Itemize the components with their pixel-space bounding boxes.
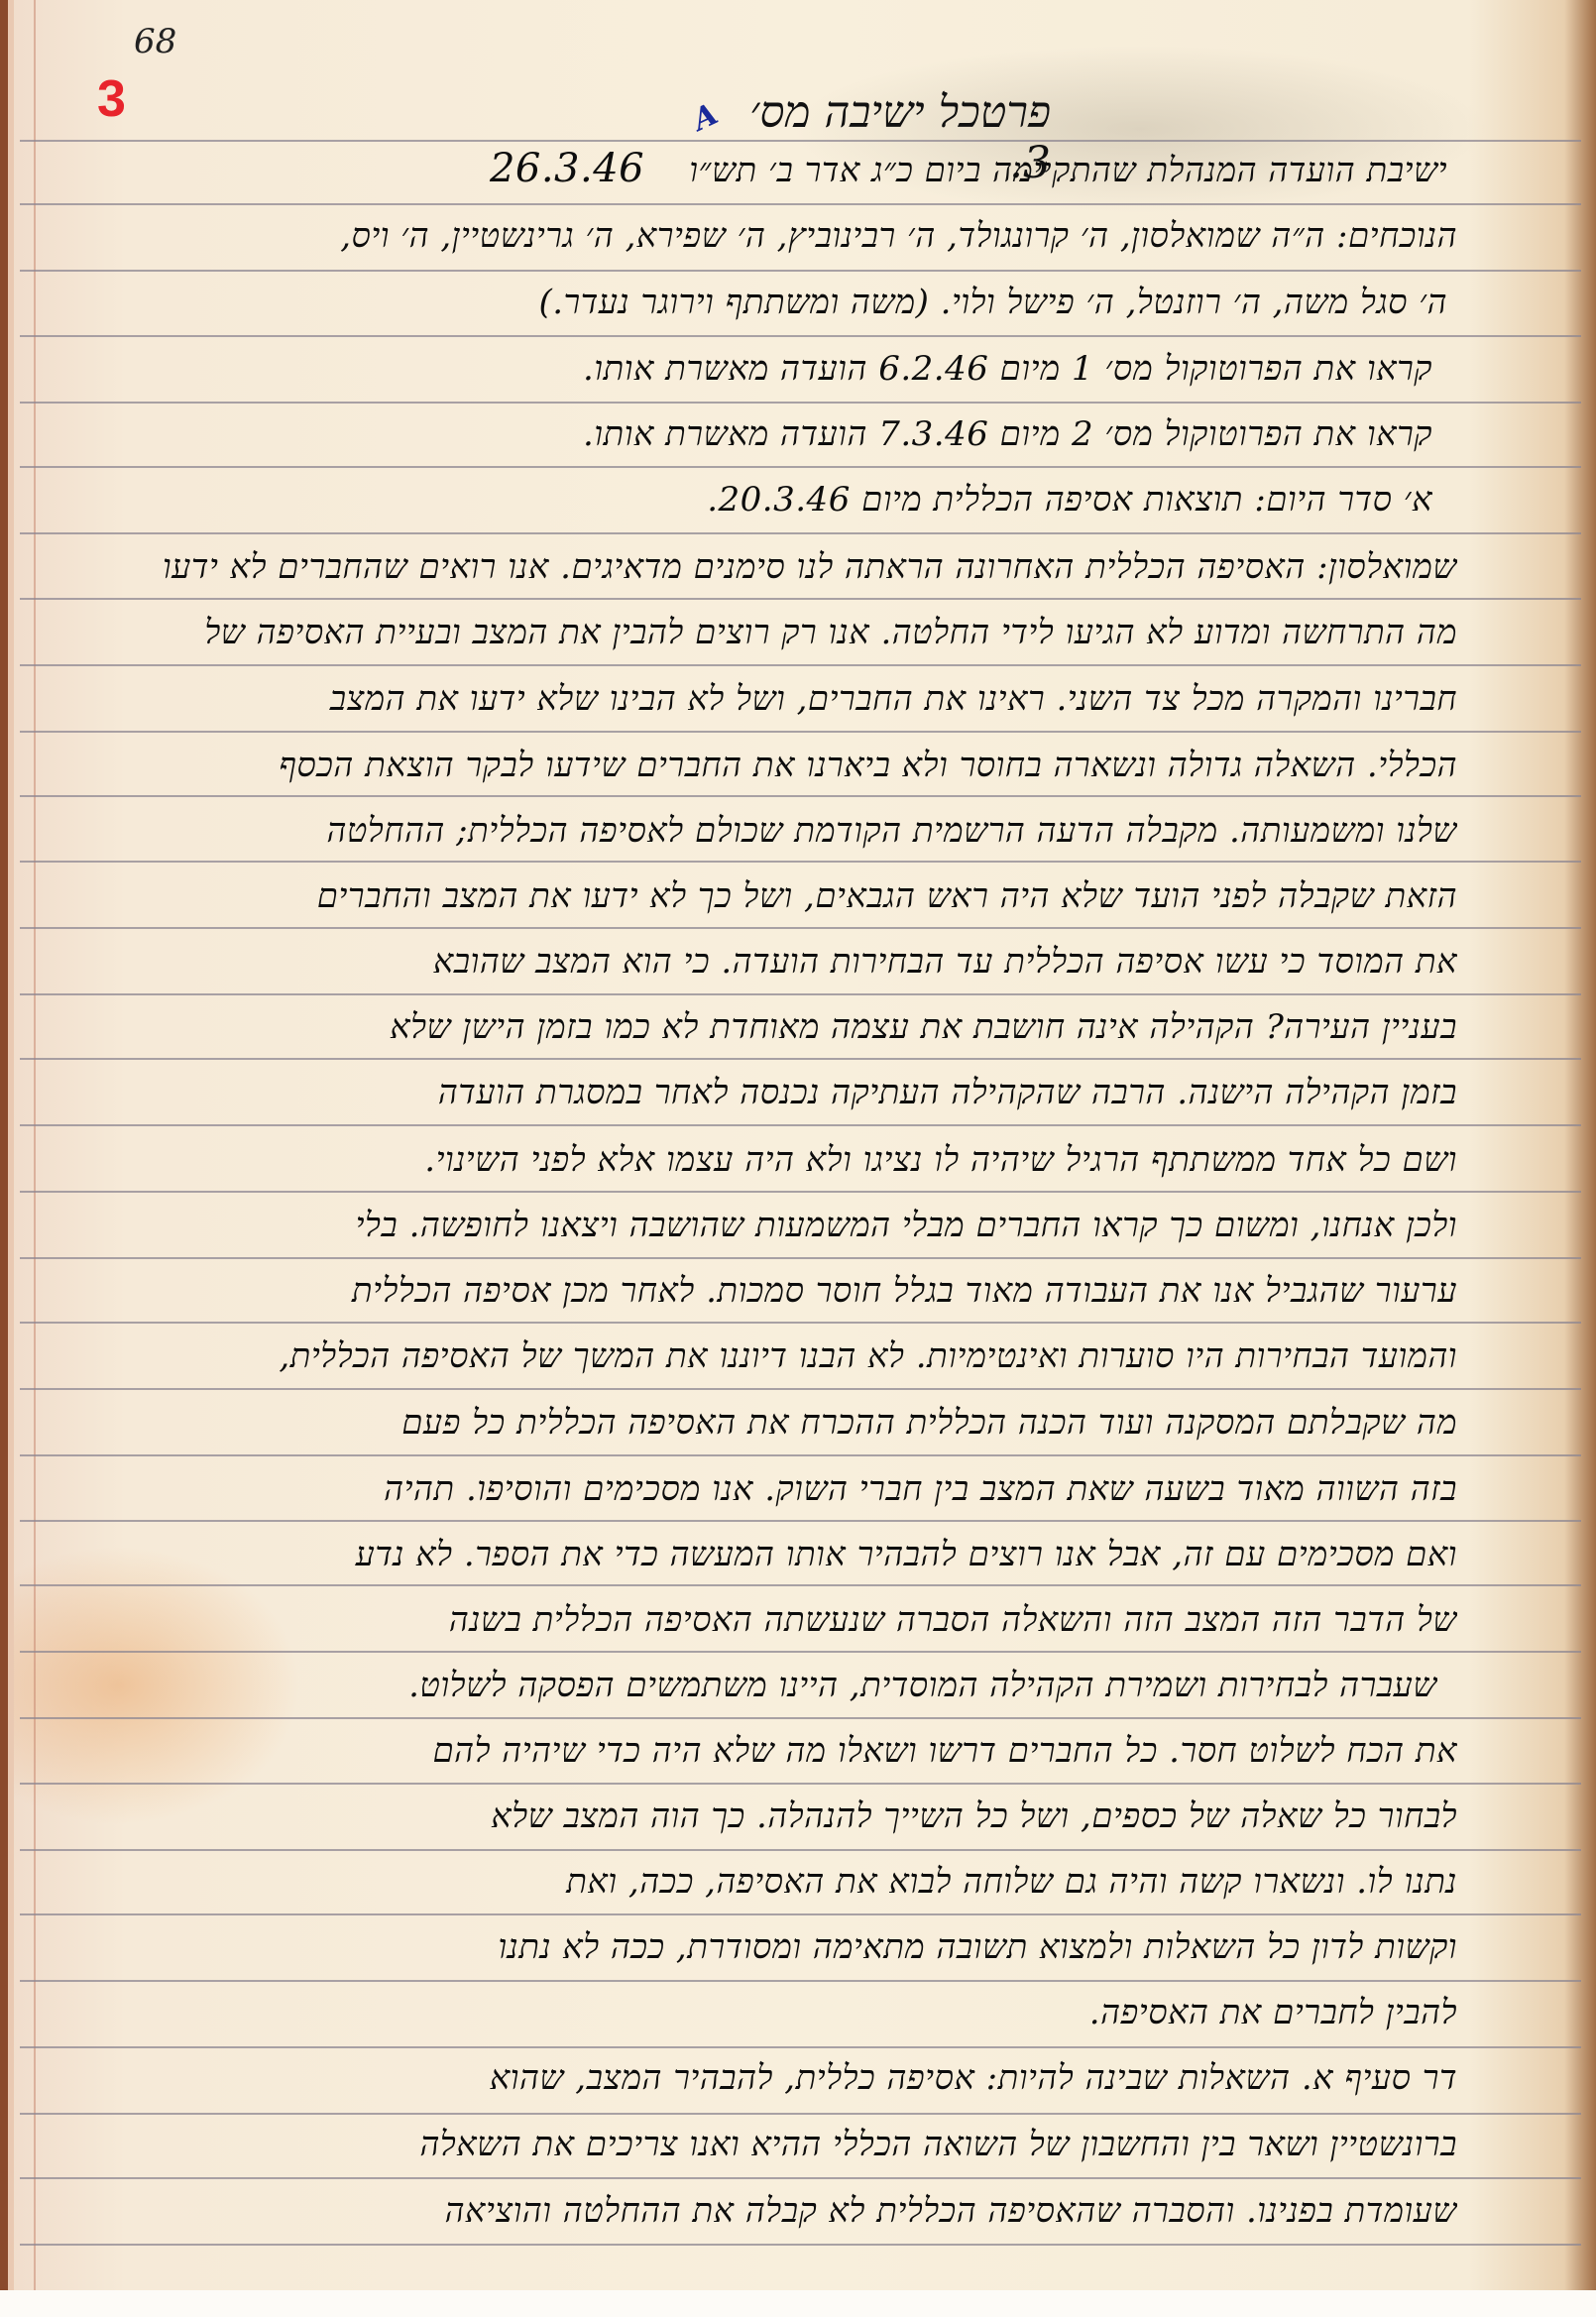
ruled-line [20, 1520, 1581, 1522]
ruled-line [20, 927, 1581, 929]
ruled-line [20, 335, 1581, 337]
ruled-line [20, 1388, 1581, 1390]
body-text: האסיפה הכללית האחרונה הראתה לנו סימנים מ… [163, 547, 1306, 587]
body-line: של הדבר הזה המצב הזה והשאלה הסברה שנעשתה… [69, 1600, 1457, 1640]
ruled-line [20, 1124, 1581, 1126]
attendees-line-1: הנוכחים: ה״ה שמואלסון, ה׳ קרונגולד, ה׳ ר… [50, 216, 1457, 256]
agenda-item-2: קראו את הפרוטוקול מס׳ 2 מיום 7.3.46 הועד… [441, 414, 1432, 454]
meeting-line: ישיבת הועדה המנהלת שהתקיימה ביום כ״ג אדר… [307, 149, 1447, 190]
section-2-line: שעומדת בפנינו. והסברה שהאסיפה הכללית לא … [69, 2191, 1457, 2231]
body-line: הזאת שקבלה לפני הועד שלא היה ראש הגבאים,… [50, 876, 1457, 916]
ruled-line [20, 861, 1581, 863]
body-line: הכללי. השאלה גדולה ונשארה בחוסר ולא ביאר… [40, 746, 1457, 785]
body-line-0: שמואלסון: האסיפה הכללית האחרונה הראתה לנ… [50, 547, 1457, 587]
body-line: שלנו ומשמעותה. מקבלה הדעה הרשמית הקודמת … [30, 811, 1457, 851]
body-line: נתנו לו. ונשארו קשה והיה גם שלוחה לבוא א… [50, 1862, 1457, 1902]
body-line: בזמן הקהילה הישנה. הרבה שהקהילה העתיקה נ… [50, 1073, 1457, 1112]
agenda-item-1: קראו את הפרוטוקול מס׳ 1 מיום 6.2.46 הועד… [441, 349, 1432, 389]
body-line: וקשות לדון כל השאלות ולמצוא תשובה מתאימה… [50, 1927, 1457, 1967]
ruled-line [20, 1191, 1581, 1193]
body-line: בעניין העירה? הקהילה אינה חושבת את עצמה … [50, 1007, 1457, 1047]
ruled-line [20, 2244, 1581, 2246]
ruled-line [20, 795, 1581, 797]
ruled-line [20, 1717, 1581, 1719]
body-line: חברינו והמקרה מכל צד השני. ראינו את החבר… [50, 679, 1457, 719]
body-line: שעברה לבחירות ושמירת הקהילה המוסדית, היי… [188, 1666, 1437, 1705]
body-line: את המוסד כי עשו אסיפה הכללית עד הבחירות … [50, 942, 1457, 982]
margin-line [34, 0, 36, 2290]
meeting-description: ישיבת הועדה המנהלת שהתקיימה ביום כ״ג אדר… [689, 151, 1447, 190]
body-line: לבחור כל שאלה של כספים, ושל כל השייך להנ… [50, 1796, 1457, 1836]
blue-check-mark-icon: A [688, 97, 724, 139]
attendees-line-2: ה׳ סגל משה, ה׳ רוזנטל, ה׳ פישל ולוי. (מש… [337, 283, 1447, 322]
ruled-line [20, 532, 1581, 534]
ruled-line [20, 402, 1581, 404]
ruled-line [20, 598, 1581, 600]
body-line: והמועד הבחירות היו סוערות ואינטימיות. לא… [50, 1336, 1457, 1376]
section-heading-item-a: דר סעיף א. [1302, 2058, 1457, 2098]
ruled-line [20, 1584, 1581, 1586]
body-line: ושם כל אחד ממשתתף הרגיל שיהיה לו נציגו ו… [69, 1140, 1457, 1180]
ruled-line [20, 2113, 1581, 2115]
section-2-line-0: דר סעיף א. השאלות שבינה להיות: אסיפה כלל… [50, 2058, 1457, 2098]
body-text: השאלות שבינה להיות: אסיפה כללית, להבהיר … [490, 2058, 1291, 2098]
ruled-line [20, 1980, 1581, 1982]
ruled-line [20, 1454, 1581, 1456]
ruled-line [20, 993, 1581, 995]
section-2-line: ברונשטיין ושאר בין והחשבון של השואה הכלל… [69, 2125, 1457, 2164]
ruled-line [20, 1783, 1581, 1785]
ruled-line [20, 731, 1581, 733]
ruled-line [20, 203, 1581, 205]
ruled-line [20, 1058, 1581, 1060]
archive-marker: 3 [97, 69, 126, 129]
ruled-line [20, 1913, 1581, 1915]
ruled-line [20, 1322, 1581, 1324]
agenda-item-3: א׳ סדר היום: תוצאות אסיפה הכללית מיום 20… [560, 480, 1432, 520]
body-line: בזה השווה מאוד בשעה שאת המצב בין חברי הש… [30, 1469, 1457, 1509]
ruled-line [20, 270, 1581, 272]
meeting-date: 26.3.46 [490, 149, 644, 190]
ruled-line [20, 1849, 1581, 1851]
notebook-page: 68 3 פרטכל ישיבה מס׳ 3. A ישיבת הועדה המ… [0, 0, 1596, 2290]
ruled-line [20, 1651, 1581, 1653]
body-line: ערעור שהגביל אנו את העבודה מאוד בגלל חוס… [50, 1271, 1457, 1311]
ruled-line [20, 1257, 1581, 1259]
page-bottom-edge [0, 2290, 1596, 2317]
body-line: להבין לחברים את האסיפה. [763, 1993, 1457, 2032]
ruled-line [20, 664, 1581, 666]
body-line: את הכח לשלוט חסר. כל החברים דרשו ושאלו מ… [10, 1731, 1457, 1771]
ruled-line [20, 466, 1581, 468]
ruled-line [20, 2177, 1581, 2179]
folio-number: 68 [134, 22, 176, 61]
body-line: מה התרחשה ומדוע לא הגיעו לידי החלטה. אנו… [50, 613, 1457, 652]
ruled-line [20, 2046, 1581, 2048]
section-heading-speaker: שמואלסון: [1316, 547, 1457, 587]
body-line: ואם מסכימים עם זה, אבל אנו רוצים להבהיר … [10, 1535, 1457, 1574]
body-line: מה שקבלתם המסקנה ועוד הכנה הכללית ההכרח … [30, 1403, 1457, 1443]
body-line: ולכן אנחנו, ומשום כך קראו החברים מבלי המ… [50, 1206, 1457, 1245]
